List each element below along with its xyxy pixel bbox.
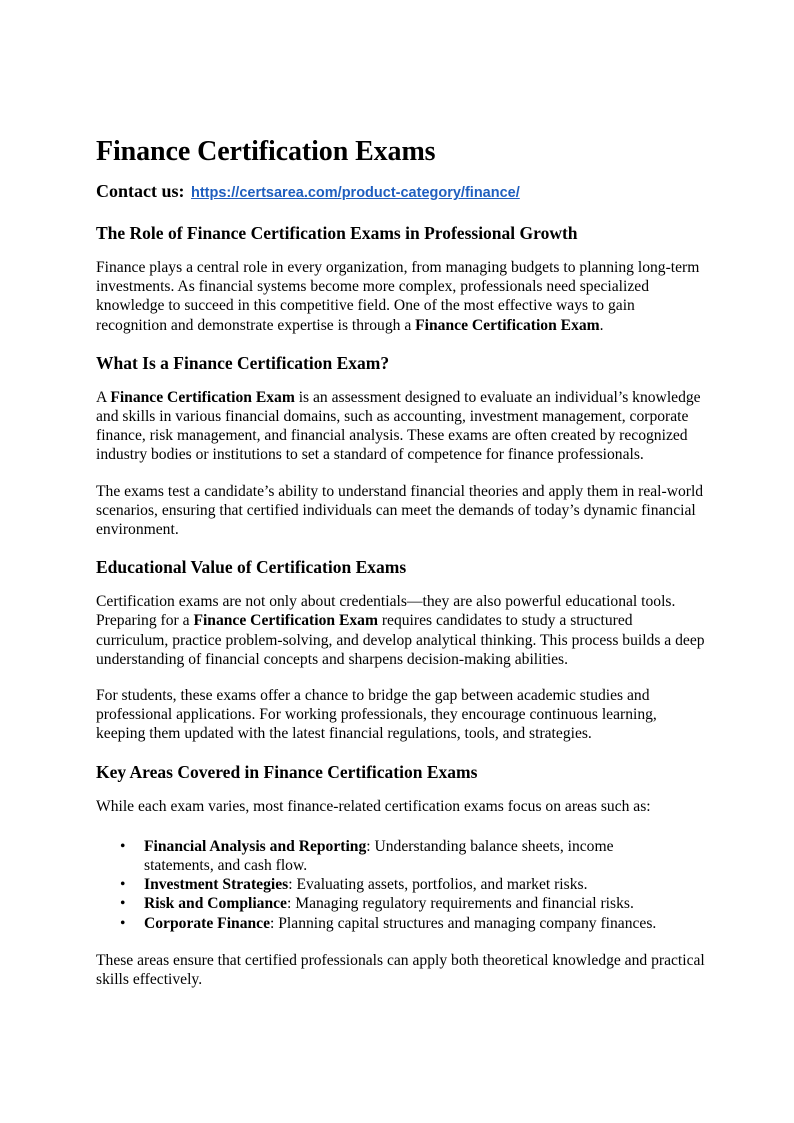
bold-term: Finance Certification Exam [193, 612, 378, 629]
list-term: Financial Analysis and Reporting [144, 838, 366, 855]
paragraph: A Finance Certification Exam is an asses… [96, 388, 706, 465]
paragraph: These areas ensure that certified profes… [96, 951, 706, 989]
list-item: •Corporate Finance: Planning capital str… [144, 914, 706, 933]
paragraph: Certification exams are not only about c… [96, 592, 706, 669]
bold-term: Finance Certification Exam [415, 317, 600, 334]
section-heading-key-areas: Key Areas Covered in Finance Certificati… [96, 761, 706, 783]
bullet-icon: • [120, 914, 125, 933]
key-areas-list: •Financial Analysis and Reporting: Under… [96, 837, 706, 933]
contact-line: Contact us: https://certsarea.com/produc… [96, 180, 706, 204]
bullet-icon: • [120, 894, 125, 913]
contact-label: Contact us: [96, 181, 185, 201]
paragraph: The exams test a candidate’s ability to … [96, 482, 706, 540]
list-item: •Investment Strategies: Evaluating asset… [144, 875, 706, 894]
text-run: A [96, 389, 110, 406]
section-heading-role: The Role of Finance Certification Exams … [96, 222, 706, 244]
bold-term: Finance Certification Exam [110, 389, 295, 406]
list-item: •Risk and Compliance: Managing regulator… [144, 894, 706, 913]
section-heading-what-is: What Is a Finance Certification Exam? [96, 352, 706, 374]
list-term: Investment Strategies [144, 876, 288, 893]
list-desc: : Evaluating assets, portfolios, and mar… [288, 876, 587, 893]
paragraph: For students, these exams offer a chance… [96, 686, 706, 744]
paragraph: Finance plays a central role in every or… [96, 258, 706, 335]
section-heading-educational-value: Educational Value of Certification Exams [96, 556, 706, 578]
bullet-icon: • [120, 875, 125, 894]
contact-link[interactable]: https://certsarea.com/product-category/f… [191, 185, 520, 201]
text-run: Finance plays a central role in every or… [96, 259, 699, 334]
list-term: Risk and Compliance [144, 895, 287, 912]
list-desc: : Planning capital structures and managi… [270, 915, 656, 932]
list-term: Corporate Finance [144, 915, 270, 932]
document-title: Finance Certification Exams [96, 136, 706, 168]
list-item: •Financial Analysis and Reporting: Under… [144, 837, 706, 875]
list-desc: : Managing regulatory requirements and f… [287, 895, 634, 912]
text-run: . [600, 317, 604, 334]
document-page: Finance Certification Exams Contact us: … [96, 136, 706, 1006]
paragraph: While each exam varies, most finance-rel… [96, 797, 706, 816]
bullet-icon: • [120, 837, 125, 856]
